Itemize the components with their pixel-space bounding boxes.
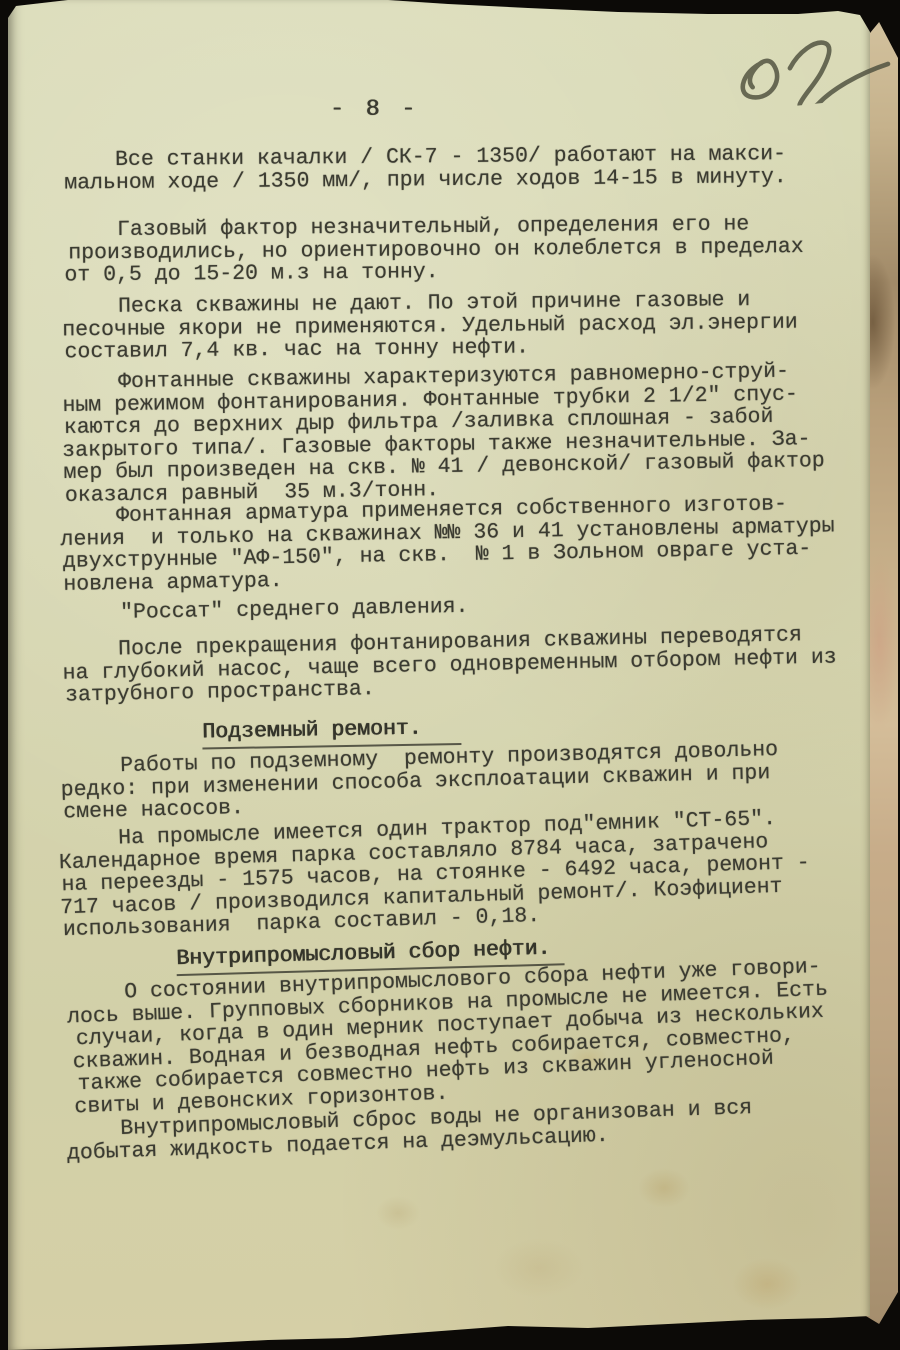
paragraph: На промысле имеется один трактор под"емн… <box>0 805 863 943</box>
scanned-page: - 8 - Все станки качалки / СК-7 - 1350/ … <box>0 0 900 1350</box>
paragraph: После прекращения фонтанирования скважин… <box>0 623 861 708</box>
heading-text: Подземный ремонт. <box>202 716 462 750</box>
paragraph: Фонтанная арматура применяется собственн… <box>0 492 861 597</box>
document-text: Все станки качалки / СК-7 - 1350/ работа… <box>0 0 900 1350</box>
text-line: от 0,5 до 15-20 м.з на тонну. <box>64 257 860 286</box>
paragraph: Все станки качалки / СК-7 - 1350/ работа… <box>0 142 860 195</box>
text-line: мальном ходе / 1350 мм/, при числе ходов… <box>64 165 860 194</box>
paragraph: Фонтанные скважины характеризуются равно… <box>0 359 862 507</box>
paragraph: Песка скважины не дают. По этой причине … <box>0 288 861 365</box>
text-line: "Россат" среднего давления. <box>120 589 860 624</box>
paragraph: Газовый фактор незначительный, определен… <box>0 212 861 287</box>
